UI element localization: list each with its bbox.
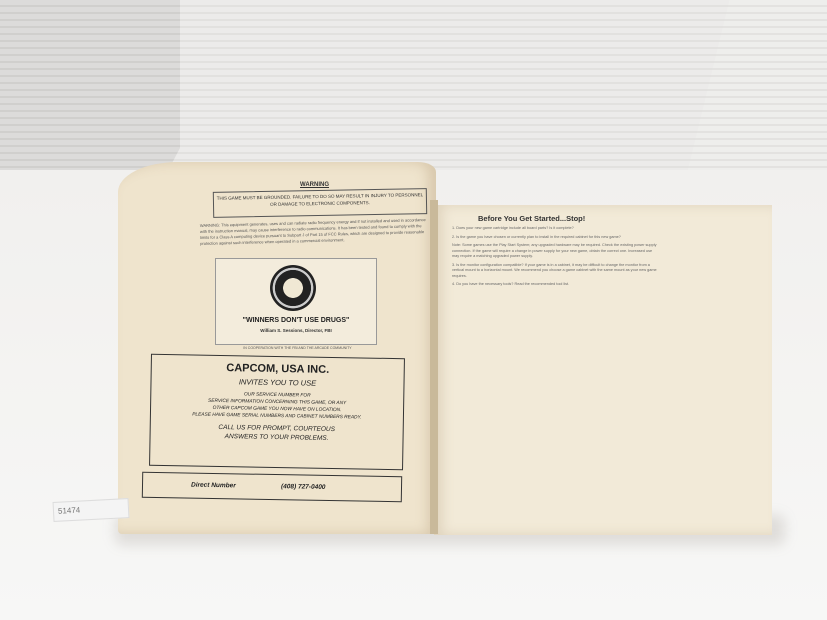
- capcom-service-box: CAPCOM, USA INC. INVITES YOU TO USE OUR …: [149, 354, 405, 470]
- direct-number-label: Direct Number: [191, 482, 236, 490]
- fbi-signature: William S. Sessions, Director, FBI: [216, 328, 376, 333]
- photo-scene: WARNING THIS GAME MUST BE GROUNDED. FAIL…: [0, 0, 827, 620]
- checklist-item: 2. Is the game you have chosen or curren…: [452, 235, 657, 241]
- warning-title: WARNING: [300, 182, 329, 188]
- inventory-tag: 51474: [53, 498, 130, 522]
- capcom-title: CAPCOM, USA INC.: [152, 361, 404, 377]
- checklist: 1. Does your new game cartridge include …: [452, 226, 657, 291]
- capcom-service-lines: OUR SERVICE NUMBER FOR SERVICE INFORMATI…: [151, 390, 403, 422]
- fbi-seal-icon: [270, 265, 316, 311]
- fbi-notice: "WINNERS DON'T USE DRUGS" William S. Ses…: [215, 258, 377, 345]
- checklist-item: 3. Is the monitor configuration compatib…: [452, 263, 657, 280]
- checklist-item: 4. Do you have the necessary tools? Read…: [452, 282, 657, 288]
- manual-spine: [430, 200, 438, 534]
- direct-number-value: (408) 727-0400: [281, 483, 326, 491]
- warning-box: THIS GAME MUST BE GROUNDED. FAILURE TO D…: [213, 188, 427, 218]
- right-page-title: Before You Get Started...Stop!: [478, 214, 585, 223]
- checklist-item: 1. Does your new game cartridge include …: [452, 226, 657, 232]
- capcom-invite: INVITES YOU TO USE: [151, 376, 403, 389]
- cooperation-note: IN COOPERATION WITH THE FBI AND THE ARCA…: [215, 346, 380, 350]
- checklist-item: Note: Some games use the Play Start Syst…: [452, 243, 657, 260]
- direct-number-box: Direct Number (408) 727-0400: [142, 472, 402, 503]
- fbi-slogan: "WINNERS DON'T USE DRUGS": [216, 317, 376, 324]
- capcom-call: CALL US FOR PROMPT, COURTEOUS ANSWERS TO…: [150, 422, 402, 444]
